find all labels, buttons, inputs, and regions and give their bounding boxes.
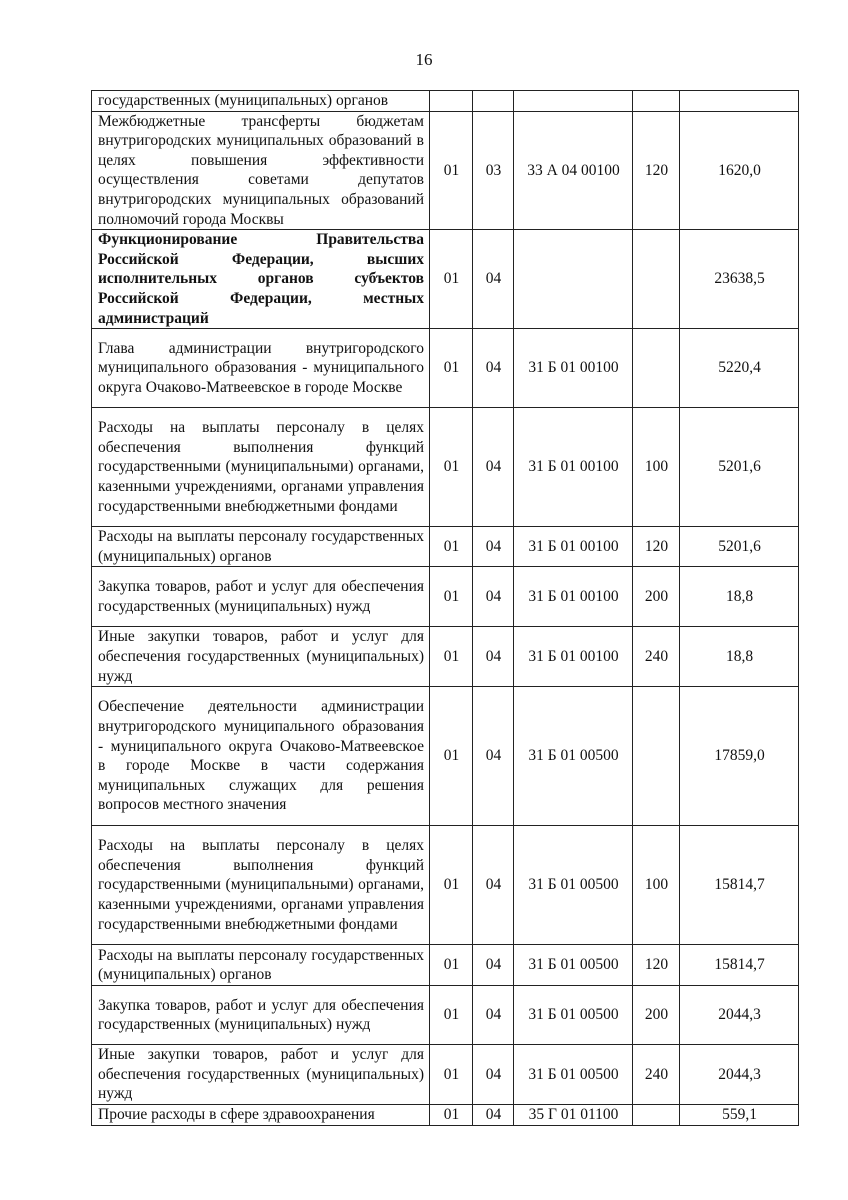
- table-row: Расходы на выплаты персоналу государстве…: [92, 527, 799, 567]
- table-row: Прочие расходы в сфере здравоохранения01…: [92, 1105, 799, 1126]
- subsection-code-cell: 04: [473, 1105, 514, 1126]
- expense-type-cell: 240: [633, 627, 680, 687]
- amount-cell: 23638,5: [680, 230, 799, 329]
- target-article-cell: 33 А 04 00100: [514, 111, 633, 230]
- amount-cell: [680, 91, 799, 112]
- expense-type-cell: 200: [633, 567, 680, 627]
- budget-table-body: государственных (муниципальных) органовМ…: [92, 91, 799, 1126]
- subsection-code-cell: [473, 91, 514, 112]
- target-article-cell: 31 Б 01 00500: [514, 1045, 633, 1105]
- amount-cell: 2044,3: [680, 1045, 799, 1105]
- section-code-cell: 01: [430, 945, 473, 986]
- section-code-cell: 01: [430, 111, 473, 230]
- expense-type-cell: [633, 687, 680, 826]
- row-name-cell: Прочие расходы в сфере здравоохранения: [92, 1105, 430, 1126]
- budget-table: государственных (муниципальных) органовМ…: [91, 90, 799, 1126]
- table-row: Иные закупки товаров, работ и услуг для …: [92, 627, 799, 687]
- section-code-cell: 01: [430, 329, 473, 408]
- subsection-code-cell: 04: [473, 329, 514, 408]
- section-code-cell: [430, 91, 473, 112]
- target-article-cell: 31 Б 01 00500: [514, 945, 633, 986]
- row-name-cell: Обеспечение деятельности администрации в…: [92, 687, 430, 826]
- expense-type-cell: [633, 1105, 680, 1126]
- amount-cell: 5220,4: [680, 329, 799, 408]
- table-row: Закупка товаров, работ и услуг для обесп…: [92, 567, 799, 627]
- table-row: Функционирование Правительства Российско…: [92, 230, 799, 329]
- target-article-cell: 31 Б 01 00100: [514, 627, 633, 687]
- target-article-cell: 31 Б 01 00100: [514, 527, 633, 567]
- subsection-code-cell: 04: [473, 408, 514, 527]
- expense-type-cell: 240: [633, 1045, 680, 1105]
- table-row: Расходы на выплаты персоналу в целях обе…: [92, 408, 799, 527]
- section-code-cell: 01: [430, 567, 473, 627]
- subsection-code-cell: 03: [473, 111, 514, 230]
- row-name-cell: Закупка товаров, работ и услуг для обесп…: [92, 986, 430, 1045]
- amount-cell: 1620,0: [680, 111, 799, 230]
- target-article-cell: 35 Г 01 01100: [514, 1105, 633, 1126]
- row-name-cell: Иные закупки товаров, работ и услуг для …: [92, 627, 430, 687]
- expense-type-cell: 100: [633, 826, 680, 945]
- target-article-cell: [514, 230, 633, 329]
- table-row: Межбюджетные трансферты бюджетам внутриг…: [92, 111, 799, 230]
- section-code-cell: 01: [430, 826, 473, 945]
- expense-type-cell: [633, 91, 680, 112]
- row-name-cell: Глава администрации внутригородского мун…: [92, 329, 430, 408]
- table-row: Обеспечение деятельности администрации в…: [92, 687, 799, 826]
- amount-cell: 5201,6: [680, 408, 799, 527]
- section-code-cell: 01: [430, 527, 473, 567]
- table-row: государственных (муниципальных) органов: [92, 91, 799, 112]
- target-article-cell: 31 Б 01 00100: [514, 567, 633, 627]
- section-code-cell: 01: [430, 230, 473, 329]
- row-name-cell: Расходы на выплаты персоналу государстве…: [92, 527, 430, 567]
- page-number: 16: [0, 50, 848, 70]
- amount-cell: 17859,0: [680, 687, 799, 826]
- expense-type-cell: 100: [633, 408, 680, 527]
- section-code-cell: 01: [430, 986, 473, 1045]
- subsection-code-cell: 04: [473, 1045, 514, 1105]
- expense-type-cell: [633, 329, 680, 408]
- target-article-cell: [514, 91, 633, 112]
- subsection-code-cell: 04: [473, 945, 514, 986]
- subsection-code-cell: 04: [473, 627, 514, 687]
- target-article-cell: 31 Б 01 00500: [514, 986, 633, 1045]
- section-code-cell: 01: [430, 627, 473, 687]
- target-article-cell: 31 Б 01 00100: [514, 408, 633, 527]
- amount-cell: 2044,3: [680, 986, 799, 1045]
- subsection-code-cell: 04: [473, 230, 514, 329]
- amount-cell: 15814,7: [680, 826, 799, 945]
- target-article-cell: 31 Б 01 00500: [514, 826, 633, 945]
- row-name-cell: Закупка товаров, работ и услуг для обесп…: [92, 567, 430, 627]
- expense-type-cell: [633, 230, 680, 329]
- subsection-code-cell: 04: [473, 527, 514, 567]
- amount-cell: 18,8: [680, 627, 799, 687]
- target-article-cell: 31 Б 01 00500: [514, 687, 633, 826]
- subsection-code-cell: 04: [473, 986, 514, 1045]
- amount-cell: 18,8: [680, 567, 799, 627]
- table-row: Расходы на выплаты персоналу государстве…: [92, 945, 799, 986]
- amount-cell: 5201,6: [680, 527, 799, 567]
- expense-type-cell: 120: [633, 111, 680, 230]
- section-code-cell: 01: [430, 1105, 473, 1126]
- expense-type-cell: 120: [633, 527, 680, 567]
- target-article-cell: 31 Б 01 00100: [514, 329, 633, 408]
- row-name-cell: Межбюджетные трансферты бюджетам внутриг…: [92, 111, 430, 230]
- amount-cell: 15814,7: [680, 945, 799, 986]
- row-name-cell: Расходы на выплаты персоналу в целях обе…: [92, 826, 430, 945]
- table-row: Глава администрации внутригородского мун…: [92, 329, 799, 408]
- row-name-cell: Расходы на выплаты персоналу государстве…: [92, 945, 430, 986]
- row-name-cell: Иные закупки товаров, работ и услуг для …: [92, 1045, 430, 1105]
- expense-type-cell: 120: [633, 945, 680, 986]
- amount-cell: 559,1: [680, 1105, 799, 1126]
- subsection-code-cell: 04: [473, 687, 514, 826]
- row-name-cell: Функционирование Правительства Российско…: [92, 230, 430, 329]
- section-code-cell: 01: [430, 1045, 473, 1105]
- subsection-code-cell: 04: [473, 567, 514, 627]
- section-code-cell: 01: [430, 687, 473, 826]
- table-row: Иные закупки товаров, работ и услуг для …: [92, 1045, 799, 1105]
- row-name-cell: государственных (муниципальных) органов: [92, 91, 430, 112]
- expense-type-cell: 200: [633, 986, 680, 1045]
- table-row: Расходы на выплаты персоналу в целях обе…: [92, 826, 799, 945]
- table-row: Закупка товаров, работ и услуг для обесп…: [92, 986, 799, 1045]
- row-name-cell: Расходы на выплаты персоналу в целях обе…: [92, 408, 430, 527]
- section-code-cell: 01: [430, 408, 473, 527]
- subsection-code-cell: 04: [473, 826, 514, 945]
